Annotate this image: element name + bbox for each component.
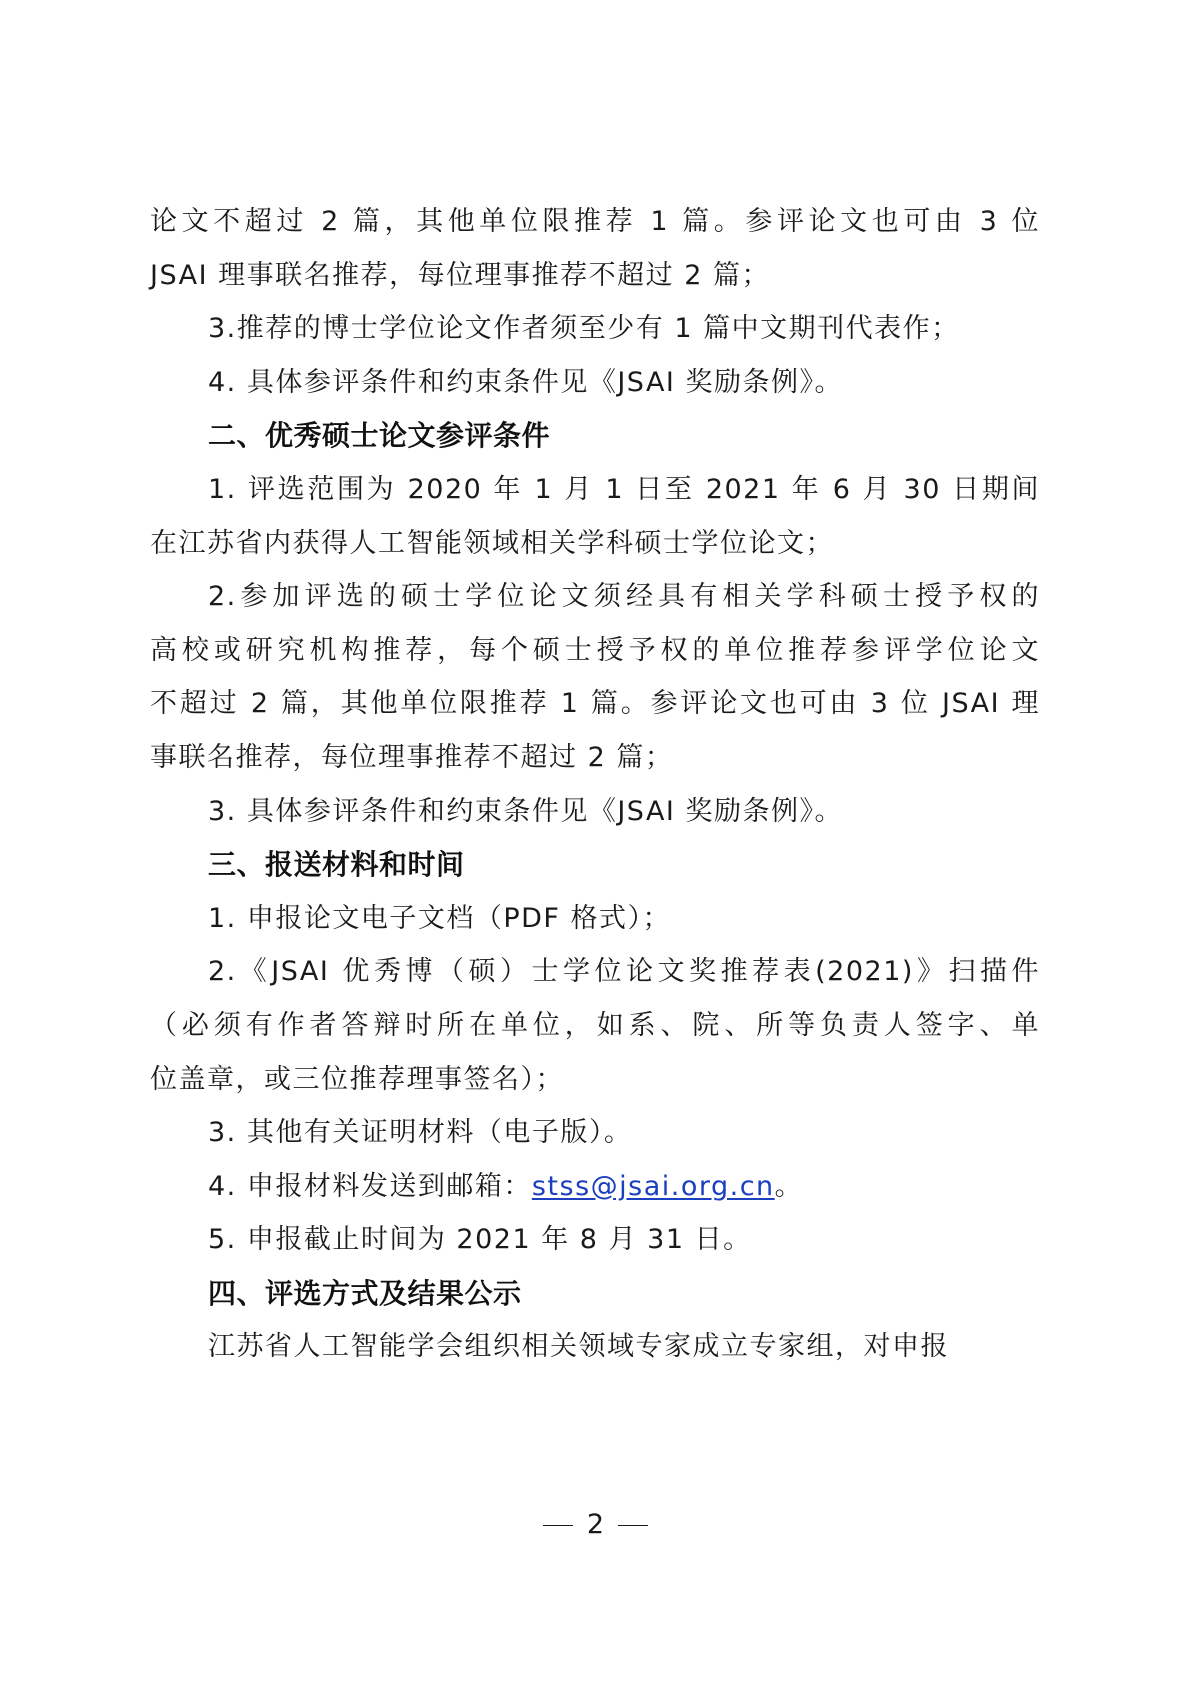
list-item: 1. 申报论文电子文档（PDF 格式）； [150,892,1040,946]
section-heading-2: 二、优秀硕士论文参评条件 [150,409,1040,463]
list-item: 2.《JSAI 优秀博（硕）士学位论文奖推荐表(2021)》扫描件 [150,945,1040,999]
section-heading-4: 四、评选方式及结果公示 [150,1267,1040,1321]
paragraph-line: （必须有作者答辩时所在单位，如系、院、所等负责人签字、单 [150,999,1040,1053]
list-item: 2.参加评选的硕士学位论文须经具有相关学科硕士授予权的 [150,570,1040,624]
list-item: 3.推荐的博士学位论文作者须至少有 1 篇中文期刊代表作； [150,302,1040,356]
page-number: 2 [587,1509,604,1540]
paragraph-line: 论文不超过 2 篇，其他单位限推荐 1 篇。参评论文也可由 3 位 [150,195,1040,249]
email-suffix: 。 [775,1171,804,1202]
list-item: 3. 其他有关证明材料（电子版）。 [150,1106,1040,1160]
paragraph-line: JSAI 理事联名推荐，每位理事推荐不超过 2 篇； [150,249,1040,303]
paragraph-line: 在江苏省内获得人工智能领域相关学科硕士学位论文； [150,517,1040,571]
list-item-deadline: 5. 申报截止时间为 2021 年 8 月 31 日。 [150,1213,1040,1267]
dash-left-icon [543,1525,573,1527]
paragraph-line: 位盖章，或三位推荐理事签名）； [150,1053,1040,1107]
paragraph-line: 高校或研究机构推荐，每个硕士授予权的单位推荐参评学位论文 [150,624,1040,678]
page-number-footer: 2 [0,1500,1191,1550]
paragraph-line: 不超过 2 篇，其他单位限推荐 1 篇。参评论文也可由 3 位 JSAI 理 [150,677,1040,731]
section-heading-3: 三、报送材料和时间 [150,838,1040,892]
email-link[interactable]: stss@jsai.org.cn [532,1171,775,1202]
list-item: 4. 具体参评条件和约束条件见《JSAI 奖励条例》。 [150,356,1040,410]
paragraph-line: 事联名推荐，每位理事推荐不超过 2 篇； [150,731,1040,785]
list-item: 1. 评选范围为 2020 年 1 月 1 日至 2021 年 6 月 30 日… [150,463,1040,517]
list-item: 3. 具体参评条件和约束条件见《JSAI 奖励条例》。 [150,785,1040,839]
list-item-email: 4. 申报材料发送到邮箱：stss@jsai.org.cn。 [150,1160,1040,1214]
email-label: 4. 申报材料发送到邮箱： [208,1171,532,1202]
dash-right-icon [618,1525,648,1527]
paragraph-line: 江苏省人工智能学会组织相关领域专家成立专家组，对申报 [150,1320,1040,1374]
document-body: 论文不超过 2 篇，其他单位限推荐 1 篇。参评论文也可由 3 位 JSAI 理… [150,195,1040,1374]
